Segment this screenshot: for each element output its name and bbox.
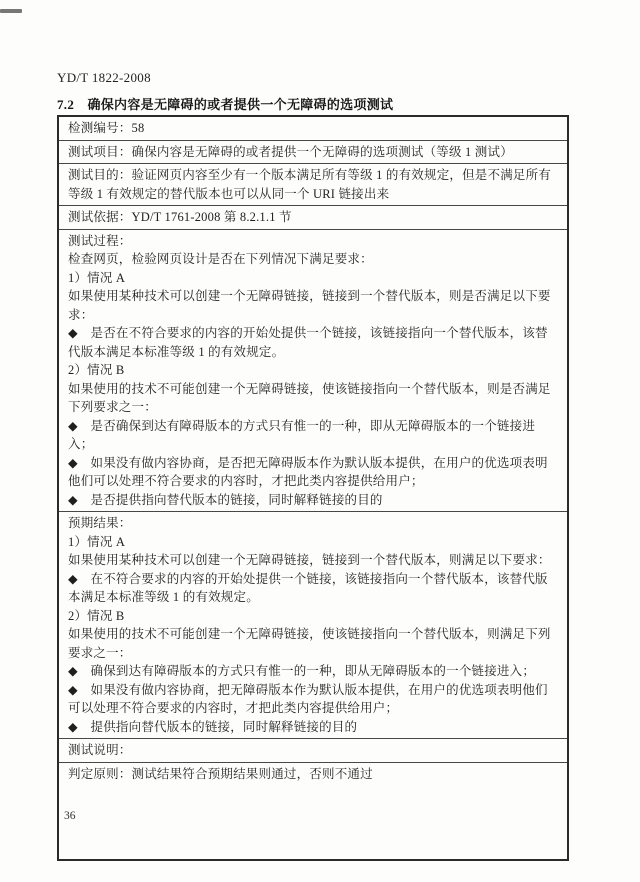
test-item-text: 测试项目：确保内容是无障碍的或者提供一个无障碍的选项测试（等级 1 测试） (68, 143, 559, 162)
expected-bullet-item: ◆ 确保到达有障碍版本的方式只有惟一的一种，即从无障碍版本的一个链接进入； (68, 662, 559, 681)
expected-bullet-item: ◆ 在不符合要求的内容的开始处提供一个链接，该链接指向一个替代版本，该替代版本满… (68, 570, 559, 607)
procedure-paragraph: 如果使用某种技术可以创建一个无障碍链接，链接到一个替代版本，则是否满足以下要求： (68, 287, 559, 324)
procedure-bullet-item: ◆ 如果没有做内容协商，是否把无障碍版本作为默认版本提供，在用户的优选项表明他们… (68, 454, 559, 491)
judgment-rule-text: 判定原则：测试结果符合预期结果则通过，否则不通过 (68, 765, 559, 784)
expected-result-title: 预期结果： (68, 514, 559, 533)
procedure-paragraph: 检查网页，检验网页设计是否在下列情况下满足要求： (68, 250, 559, 269)
expected-paragraph: 如果使用某种技术可以创建一个无障碍链接，链接到一个替代版本，则满足以下要求： (68, 551, 559, 570)
row-test-procedure: 测试过程： 检查网页，检验网页设计是否在下列情况下满足要求： 1）情况 A 如果… (59, 229, 567, 512)
expected-case-b-label: 2）情况 B (68, 607, 559, 626)
test-purpose-text: 测试目的：验证网页内容至少有一个版本满足所有等级 1 的有效规定，但是不满足所有… (68, 166, 559, 203)
expected-case-a-label: 1）情况 A (68, 533, 559, 552)
procedure-paragraph: 如果使用的技术不可能创建一个无障碍链接，使该链接指向一个替代版本，则是否满足下列… (68, 380, 559, 417)
scan-artifact (0, 9, 22, 13)
row-judgment-rule: 判定原则：测试结果符合预期结果则通过，否则不通过 (59, 762, 567, 859)
document-page: YD/T 1822-2008 7.2 确保内容是无障碍的或者提供一个无障碍的选项… (0, 0, 640, 882)
row-test-purpose: 测试目的：验证网页内容至少有一个版本满足所有等级 1 的有效规定，但是不满足所有… (59, 163, 567, 205)
test-spec-table: 检测编号：58 测试项目：确保内容是无障碍的或者提供一个无障碍的选项测试（等级 … (57, 115, 569, 861)
document-code: YD/T 1822-2008 (57, 70, 151, 86)
row-test-item: 测试项目：确保内容是无障碍的或者提供一个无障碍的选项测试（等级 1 测试） (59, 140, 567, 164)
row-test-basis: 测试依据：YD/T 1761-2008 第 8.2.1.1 节 (59, 205, 567, 229)
test-procedure-title: 测试过程： (68, 232, 559, 251)
test-basis-text: 测试依据：YD/T 1761-2008 第 8.2.1.1 节 (68, 208, 559, 227)
row-test-notes: 测试说明： (59, 738, 567, 762)
section-heading: 7.2 确保内容是无障碍的或者提供一个无障碍的选项测试 (57, 94, 393, 113)
expected-bullet-item: ◆ 提供指向替代版本的链接，同时解释链接的目的 (68, 718, 559, 737)
test-number-text: 检测编号：58 (68, 119, 559, 138)
procedure-case-b-label: 2）情况 B (68, 361, 559, 380)
expected-bullet-item: ◆ 如果没有做内容协商，把无障碍版本作为默认版本提供，在用户的优选项表明他们可以… (68, 681, 559, 718)
procedure-bullet-item: ◆ 是否在不符合要求的内容的开始处提供一个链接，该链接指向一个替代版本，该替代版… (68, 324, 559, 361)
row-test-number: 检测编号：58 (59, 117, 567, 140)
test-notes-text: 测试说明： (68, 741, 559, 760)
procedure-bullet-item: ◆ 是否确保到达有障碍版本的方式只有惟一的一种，即从无障碍版本的一个链接进入； (68, 417, 559, 454)
procedure-bullet-item: ◆ 是否提供指向替代版本的链接，同时解释链接的目的 (68, 491, 559, 510)
row-expected-result: 预期结果： 1）情况 A 如果使用某种技术可以创建一个无障碍链接，链接到一个替代… (59, 511, 567, 738)
expected-paragraph: 如果使用的技术不可能创建一个无障碍链接，使该链接指向一个替代版本，则满足下列要求… (68, 625, 559, 662)
page-number: 36 (64, 810, 76, 822)
procedure-case-a-label: 1）情况 A (68, 269, 559, 288)
